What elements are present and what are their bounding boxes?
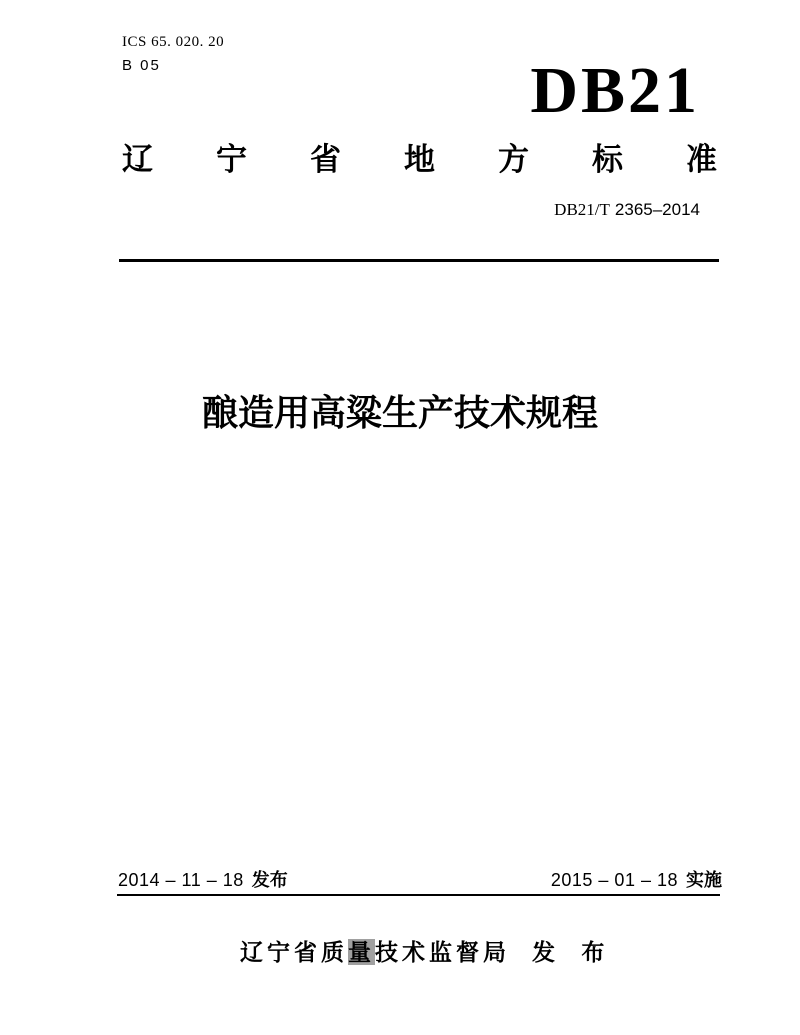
implement-date: 2015 – 01 – 18	[551, 870, 678, 890]
standard-name-char: 准	[686, 143, 717, 177]
doc-title: 酿造用高粱生产技术规程	[0, 395, 800, 431]
implement-date-block: 2015 – 01 – 18实施	[551, 870, 722, 892]
header-rule	[119, 259, 719, 262]
standard-name-char: 省	[310, 143, 341, 177]
publisher-line: 辽宁省质量技术监督局发 布	[240, 939, 614, 967]
publisher-name-part: 技术监督局	[375, 939, 510, 965]
standard-name-char: 方	[498, 143, 529, 177]
issue-date: 2014 – 11 – 18	[118, 870, 244, 890]
publish-action-label: 发 布	[532, 939, 614, 965]
doc-number-prefix: DB21/T	[554, 200, 610, 219]
doc-class-code: B 05	[122, 57, 161, 74]
standard-type-name: 辽 宁 省 地 方 标 准	[122, 143, 717, 177]
issue-label: 发布	[252, 870, 288, 890]
standard-cover-page: ICS 65. 020. 20 B 05 DB21 辽 宁 省 地 方 标 准 …	[0, 0, 800, 1035]
standard-name-char: 宁	[216, 143, 247, 177]
issue-date-block: 2014 – 11 – 18发布	[118, 870, 288, 892]
standard-name-char: 标	[592, 143, 623, 177]
standard-name-char: 地	[404, 143, 435, 177]
publisher-name-shaded-char: 量	[348, 939, 375, 965]
ics-code: ICS 65. 020. 20	[122, 34, 224, 51]
publisher-name-part: 辽宁省质	[240, 939, 348, 965]
doc-number: DB21/T2365–2014	[554, 200, 700, 220]
publisher-name: 辽宁省质量技术监督局	[240, 939, 510, 965]
standard-name-char: 辽	[122, 143, 153, 177]
footer-rule	[117, 894, 720, 896]
implement-label: 实施	[686, 870, 722, 890]
db21-logo: DB21	[530, 58, 700, 124]
doc-number-value: 2365–2014	[615, 200, 700, 219]
dates-row: 2014 – 11 – 18发布 2015 – 01 – 18实施	[118, 870, 722, 892]
